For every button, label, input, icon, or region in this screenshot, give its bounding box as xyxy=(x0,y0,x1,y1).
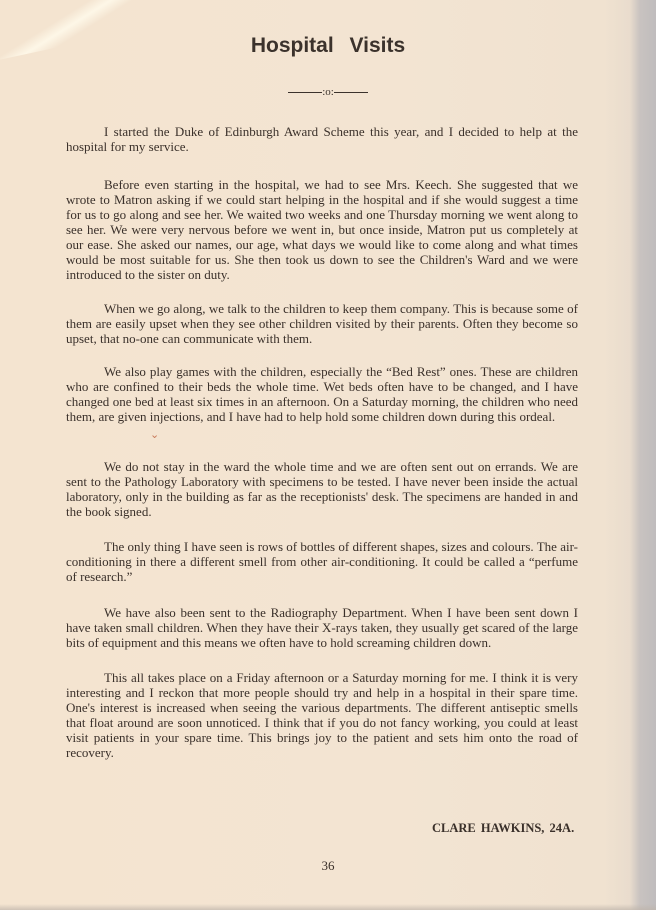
paragraph-8: This all takes place on a Friday afterno… xyxy=(66,670,578,760)
divider-line-right xyxy=(334,92,368,93)
paragraph-3: When we go along, we talk to the childre… xyxy=(66,301,578,346)
article-title: Hospital Visits xyxy=(0,34,656,58)
divider-line-left xyxy=(288,92,322,93)
ink-mark: ⌄ xyxy=(150,428,159,441)
title-divider: :o: xyxy=(0,86,656,98)
paragraph-7: We have also been sent to the Radiograph… xyxy=(66,605,578,650)
paragraph-text: I started the Duke of Edinburgh Award Sc… xyxy=(66,124,578,154)
paragraph-1: I started the Duke of Edinburgh Award Sc… xyxy=(66,124,578,154)
scanned-page: Hospital Visits :o: I started the Duke o… xyxy=(0,0,656,910)
paragraph-text: Before even starting in the hospital, we… xyxy=(66,177,578,282)
paragraph-5: We do not stay in the ward the whole tim… xyxy=(66,459,578,519)
author-signature: CLARE HAWKINS, 24A. xyxy=(432,821,574,836)
paragraph-text: We have also been sent to the Radiograph… xyxy=(66,605,578,650)
paragraph-6: The only thing I have seen is rows of bo… xyxy=(66,539,578,584)
paragraph-2: Before even starting in the hospital, we… xyxy=(66,177,578,282)
paragraph-text: We do not stay in the ward the whole tim… xyxy=(66,459,578,519)
paragraph-text: The only thing I have seen is rows of bo… xyxy=(66,539,578,584)
divider-ornament: :o: xyxy=(322,86,334,98)
paragraph-text: We also play games with the children, es… xyxy=(66,364,578,424)
paragraph-4: We also play games with the children, es… xyxy=(66,364,578,424)
page-number: 36 xyxy=(0,858,656,874)
paragraph-text: This all takes place on a Friday afterno… xyxy=(66,670,578,760)
paragraph-text: When we go along, we talk to the childre… xyxy=(66,301,578,346)
